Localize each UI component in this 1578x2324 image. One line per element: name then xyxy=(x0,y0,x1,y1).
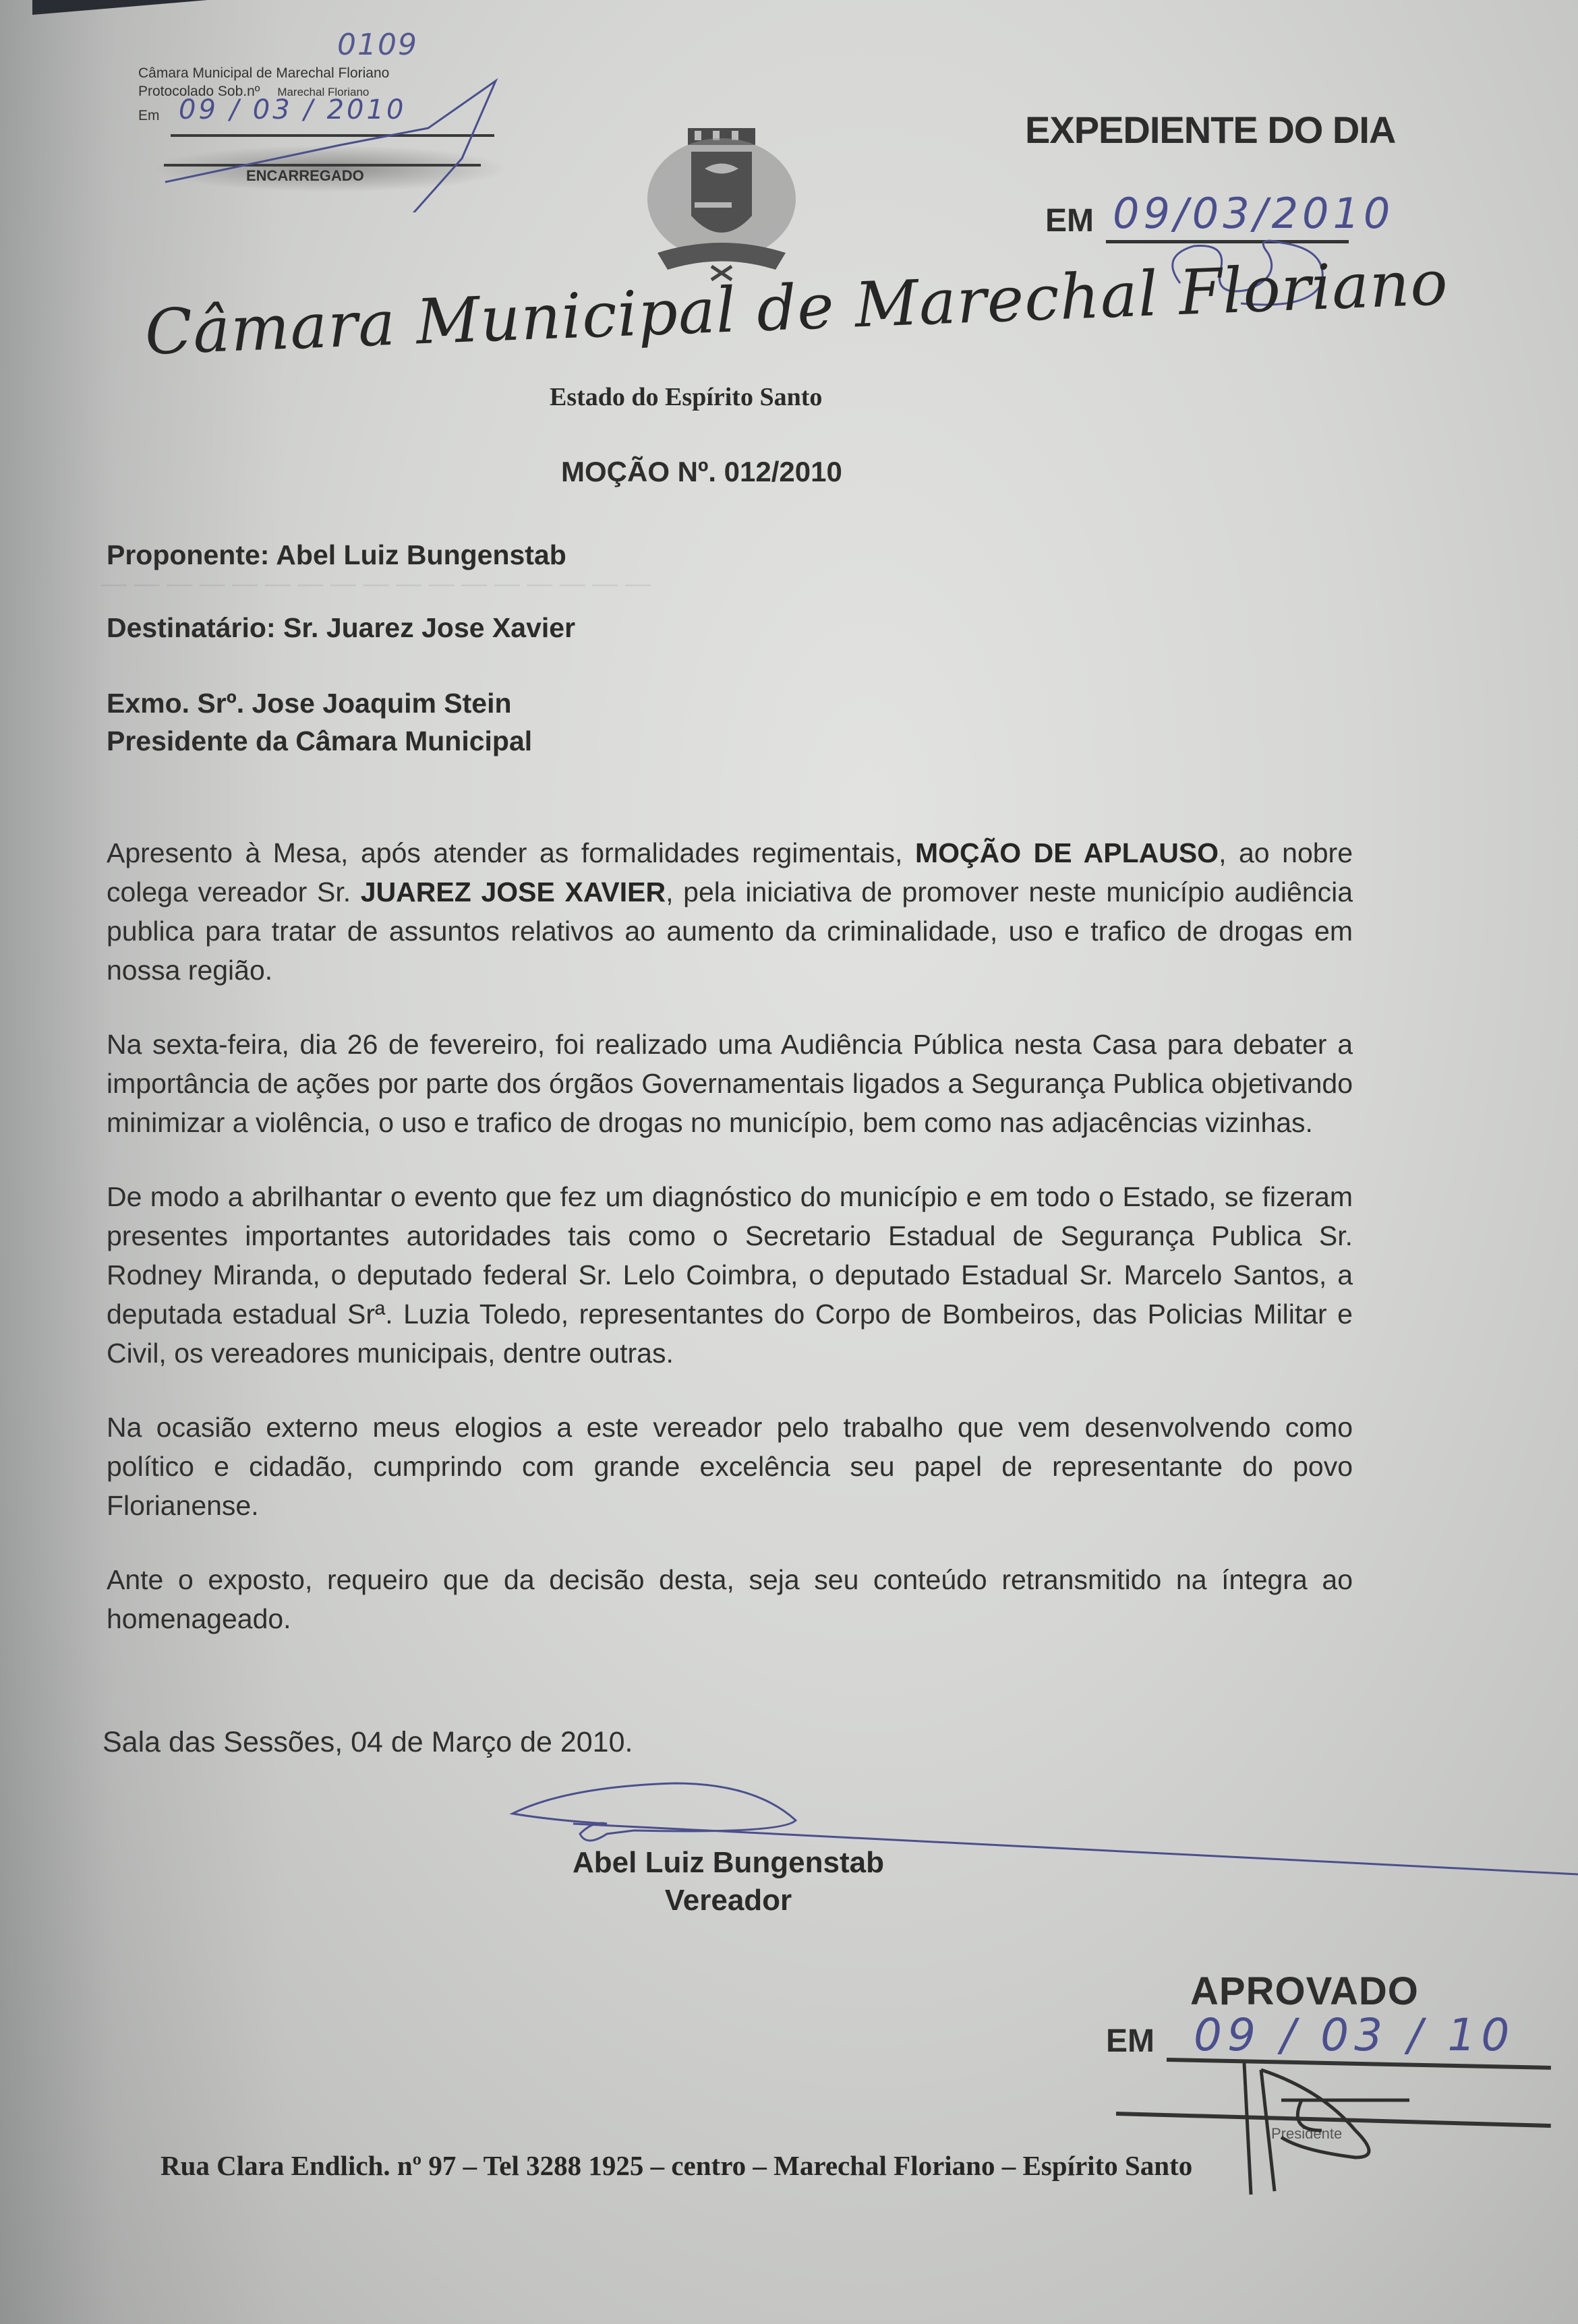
body-p1-honoree: JUAREZ JOSE XAVIER xyxy=(361,876,666,907)
body-paragraph-5: Ante o exposto, requeiro que da decisão … xyxy=(107,1560,1353,1638)
approval-stamp: APROVADO EM 09 / 03 / 10 Presidente xyxy=(1099,1955,1565,2157)
proponent-field: Proponente: Abel Luiz Bungenstab xyxy=(107,539,566,571)
motion-body: Apresento à Mesa, após atender as formal… xyxy=(107,833,1353,1673)
body-paragraph-2: Na sexta-feira, dia 26 de fevereiro, foi… xyxy=(107,1025,1353,1142)
bleed-through-text: — — — — — — — — — — — — — — — — — xyxy=(101,570,651,599)
protocol-signature-icon xyxy=(138,64,516,212)
protocol-stamp: 0109 Câmara Municipal de Marechal Floria… xyxy=(138,64,516,199)
footer-address: Rua Clara Endlich. nº 97 – Tel 3288 1925… xyxy=(160,2149,1192,2182)
protocol-number-handwritten: 0109 xyxy=(337,36,418,54)
document-page: — — — — — — — — — — — — — — — — — 0109 C… xyxy=(0,0,1578,2324)
photo-background-corner xyxy=(32,0,208,15)
body-p1-motion-type: MOÇÃO DE APLAUSO xyxy=(915,837,1219,868)
body-paragraph-3: De modo a abrilhantar o evento que fez u… xyxy=(107,1177,1353,1373)
signer-role: Vereador xyxy=(553,1882,904,1919)
body-paragraph-4: Na ocasião externo meus elogios a este v… xyxy=(107,1408,1353,1525)
coat-of-arms-icon xyxy=(637,121,806,283)
body-paragraph-1: Apresento à Mesa, após atender as formal… xyxy=(107,833,1353,990)
recipient-field: Destinatário: Sr. Juarez Jose Xavier xyxy=(107,612,575,644)
addressee-title: Presidente da Câmara Municipal xyxy=(107,725,532,757)
motion-number: MOÇÃO Nº. 012/2010 xyxy=(561,456,842,488)
session-place-date: Sala das Sessões, 04 de Março de 2010. xyxy=(103,1726,633,1759)
signer-name: Abel Luiz Bungenstab xyxy=(553,1844,904,1882)
body-p1-text-a: Apresento à Mesa, após atender as formal… xyxy=(107,837,915,868)
state-subtitle: Estado do Espírito Santo xyxy=(550,382,822,412)
signer-block: Abel Luiz Bungenstab Vereador xyxy=(553,1844,904,1919)
addressee-name: Exmo. Srº. Jose Joaquim Stein xyxy=(107,688,512,719)
